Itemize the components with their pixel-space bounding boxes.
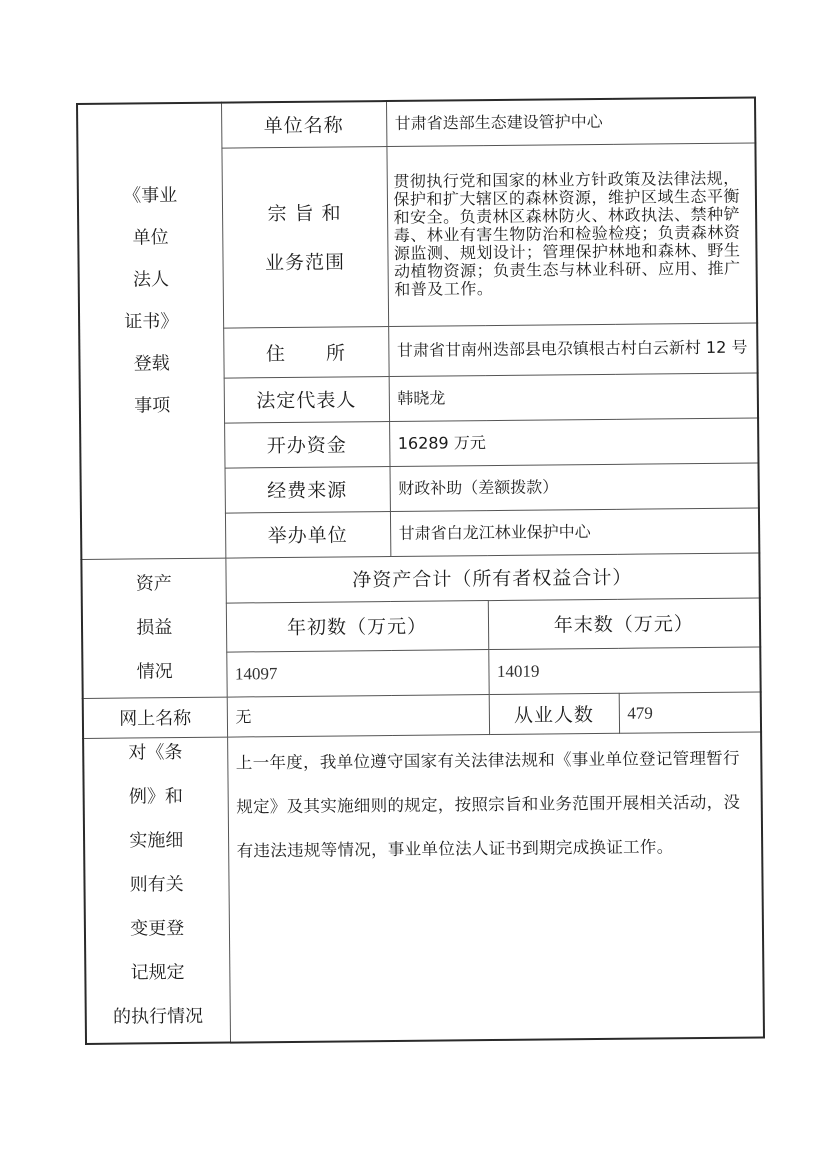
row-web-name: 网上名称 无 从业人数 479 <box>83 691 761 738</box>
value-unit-name: 甘肃省迭部生态建设管护中心 <box>386 97 755 146</box>
row-execution: 对《条 例》和 实施细 则有关 变更登 记规定 的执行情况 上一年度，我单位遵守… <box>83 731 764 1043</box>
label-sponsor-unit: 举办单位 <box>225 511 390 558</box>
side-label-assets: 资产 损益 情况 <box>81 558 226 698</box>
label-purpose: 宗 旨 和 业务范围 <box>221 146 388 328</box>
side-label-execution: 对《条 例》和 实施细 则有关 变更登 记规定 的执行情况 <box>83 737 230 1044</box>
side-label-certificate: 《事业 单位 法人 证书》 登载 事项 <box>77 103 225 559</box>
value-legal-representative: 韩晓龙 <box>389 372 758 421</box>
registration-form-table: 《事业 单位 法人 证书》 登载 事项 单位名称 甘肃省迭部生态建设管护中心 宗… <box>76 96 765 1044</box>
value-web-name: 无 <box>227 694 489 737</box>
value-beginning-of-year: 14097 <box>226 649 488 697</box>
label-legal-representative: 法定代表人 <box>224 376 389 423</box>
label-staff-count: 从业人数 <box>489 693 619 734</box>
label-beginning-of-year: 年初数（万元） <box>226 600 488 652</box>
value-registered-capital: 16289 万元 <box>389 417 758 466</box>
value-funding-source: 财政补助（差额拨款） <box>389 462 758 511</box>
value-address: 甘肃省甘南州迭部县电尕镇根古村白云新村 12 号 <box>388 322 757 376</box>
value-execution: 上一年度，我单位遵守国家有关法律法规和《事业单位登记管理暂行规定》及其实施细则的… <box>227 731 764 1042</box>
row-unit-name: 《事业 单位 法人 证书》 登载 事项 单位名称 甘肃省迭部生态建设管护中心 <box>77 97 755 149</box>
label-funding-source: 经费来源 <box>225 466 390 513</box>
label-web-name: 网上名称 <box>83 697 227 738</box>
label-registered-capital: 开办资金 <box>224 421 389 468</box>
document-page: 《事业 单位 法人 证书》 登载 事项 单位名称 甘肃省迭部生态建设管护中心 宗… <box>0 0 828 1171</box>
value-end-of-year: 14019 <box>488 646 760 694</box>
value-purpose: 贯彻执行党和国家的林业方针政策及法律法规，保护和扩大辖区的森林资源，维护区域生态… <box>386 142 757 326</box>
label-address: 住 所 <box>223 326 388 378</box>
value-staff-count: 479 <box>619 691 761 732</box>
row-net-assets-header: 资产 损益 情况 净资产合计（所有者权益合计） <box>81 552 759 604</box>
label-unit-name: 单位名称 <box>221 101 386 148</box>
net-assets-header: 净资产合计（所有者权益合计） <box>225 552 759 602</box>
label-end-of-year: 年末数（万元） <box>488 597 760 649</box>
value-sponsor-unit: 甘肃省白龙江林业保护中心 <box>390 507 759 556</box>
